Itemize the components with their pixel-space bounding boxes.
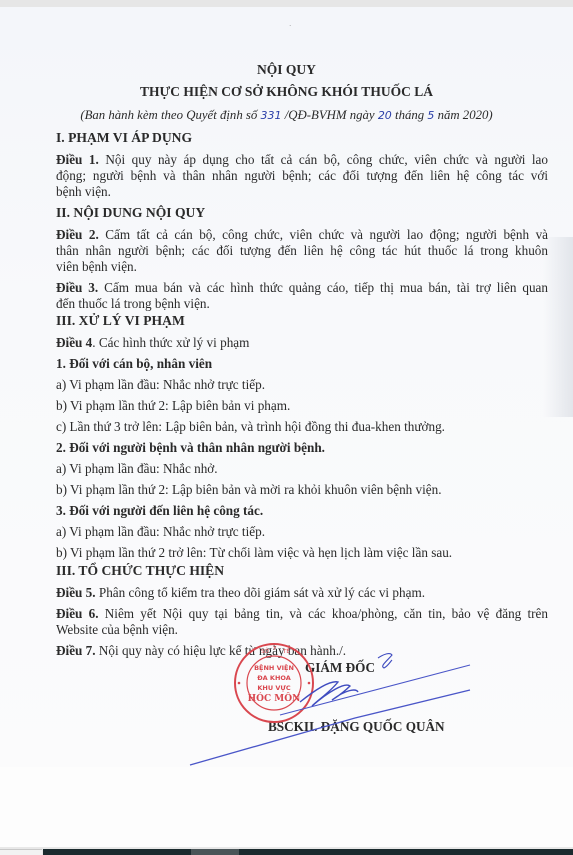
article-4-text: . Các hình thức xử lý vi phạm — [92, 335, 249, 350]
document-title: NỘI QUY — [0, 62, 573, 78]
section-heading-4: III. TỔ CHỨC THỰC HIỆN — [56, 563, 224, 579]
group-2-item-a: a) Vi phạm lần đầu: Nhắc nhở. — [56, 461, 218, 477]
article-1-line-2: động; người bệnh và thân nhân người bệnh… — [56, 168, 548, 184]
group-2-item-b: b) Vi phạm lần thứ 2: Lập biên bản và mờ… — [56, 482, 442, 498]
group-1-item-c: c) Lần thứ 3 trở lên: Lập biên bản, và t… — [56, 419, 445, 435]
issuance-mid1: /QĐ-BVHM ngày — [282, 108, 378, 122]
issuance-line: (Ban hành kèm theo Quyết định số 331 /QĐ… — [0, 107, 573, 124]
article-5-text: Phân công tổ kiểm tra theo dõi giám sát … — [96, 585, 425, 600]
group-3-item-a: a) Vi phạm lần đầu: Nhắc nhở trực tiếp. — [56, 524, 265, 540]
group-3-title: 3. Đối với người đến liên hệ công tác. — [56, 503, 263, 519]
issuance-prefix: (Ban hành kèm theo Quyết định số — [80, 108, 260, 122]
article-5: Điều 5. Phân công tổ kiểm tra theo dõi g… — [56, 585, 425, 601]
article-2-line-1: Điều 2. Cấm tất cả cán bộ, công chức, vi… — [56, 227, 548, 243]
article-1-label: Điều 1. — [56, 152, 99, 167]
article-5-label: Điều 5. — [56, 585, 96, 600]
section-heading-3: III. XỬ LÝ VI PHẠM — [56, 313, 185, 329]
group-1-item-b: b) Vi phạm lần thứ 2: Lập biên bản vi ph… — [56, 398, 290, 414]
article-6-label: Điều 6. — [56, 606, 99, 621]
article-6-line-2: Website của bệnh viện. — [56, 622, 178, 638]
article-2-line-3: viên bệnh viện. — [56, 259, 137, 275]
article-1-line-1: Điều 1. Nội quy này áp dụng cho tất cả c… — [56, 152, 548, 168]
group-1-item-a: a) Vi phạm lần đầu: Nhắc nhở trực tiếp. — [56, 377, 265, 393]
article-6-line-1: Điều 6. Niêm yết Nội quy tại bảng tin, v… — [56, 606, 548, 622]
section-heading-2: II. NỘI DUNG NỘI QUY — [56, 205, 205, 221]
issuance-day: 20 — [378, 109, 392, 122]
article-2-text: Cấm tất cả cán bộ, công chức, viên chức … — [99, 227, 548, 242]
issuance-mid2: tháng — [392, 108, 428, 122]
article-3-text: Cấm mua bán và các hình thức quảng cáo, … — [98, 280, 548, 295]
viewer-top-bar — [0, 0, 573, 7]
group-3-item-b: b) Vi phạm lần thứ 2 trở lên: Từ chối là… — [56, 545, 452, 561]
article-3-line-2: đến thuốc lá trong bệnh viện. — [56, 296, 210, 312]
group-1-title: 1. Đối với cán bộ, nhân viên — [56, 356, 212, 372]
article-3-label: Điều 3. — [56, 280, 98, 295]
article-4-label: Điều 4 — [56, 335, 92, 350]
article-1-text: Nội quy này áp dụng cho tất cả cán bộ, c… — [99, 152, 548, 167]
article-4: Điều 4. Các hình thức xử lý vi phạm — [56, 335, 249, 351]
article-1-line-3: bệnh viện. — [56, 184, 111, 200]
taskbar — [43, 849, 573, 855]
decision-number: 331 — [261, 109, 282, 122]
article-2-line-2: thân nhân người bệnh; các đối tượng đến … — [56, 243, 548, 259]
article-3-line-1: Điều 3. Cấm mua bán và các hình thức quả… — [56, 280, 548, 296]
section-heading-1: I. PHẠM VI ÁP DỤNG — [56, 130, 192, 146]
taskbar-active-app[interactable] — [191, 849, 239, 855]
scan-speck: · — [289, 22, 291, 30]
issuance-suffix: năm 2020) — [434, 108, 492, 122]
document-subtitle: THỰC HIỆN CƠ SỞ KHÔNG KHÓI THUỐC LÁ — [0, 84, 573, 100]
article-6-text: Niêm yết Nội quy tại bảng tin, và các kh… — [99, 606, 549, 621]
article-7-label: Điều 7. — [56, 643, 96, 658]
group-2-title: 2. Đối với người bệnh và thân nhân người… — [56, 440, 325, 456]
handwritten-signature-icon — [180, 640, 480, 770]
taskbar-start-area[interactable] — [0, 849, 42, 855]
article-2-label: Điều 2. — [56, 227, 99, 242]
